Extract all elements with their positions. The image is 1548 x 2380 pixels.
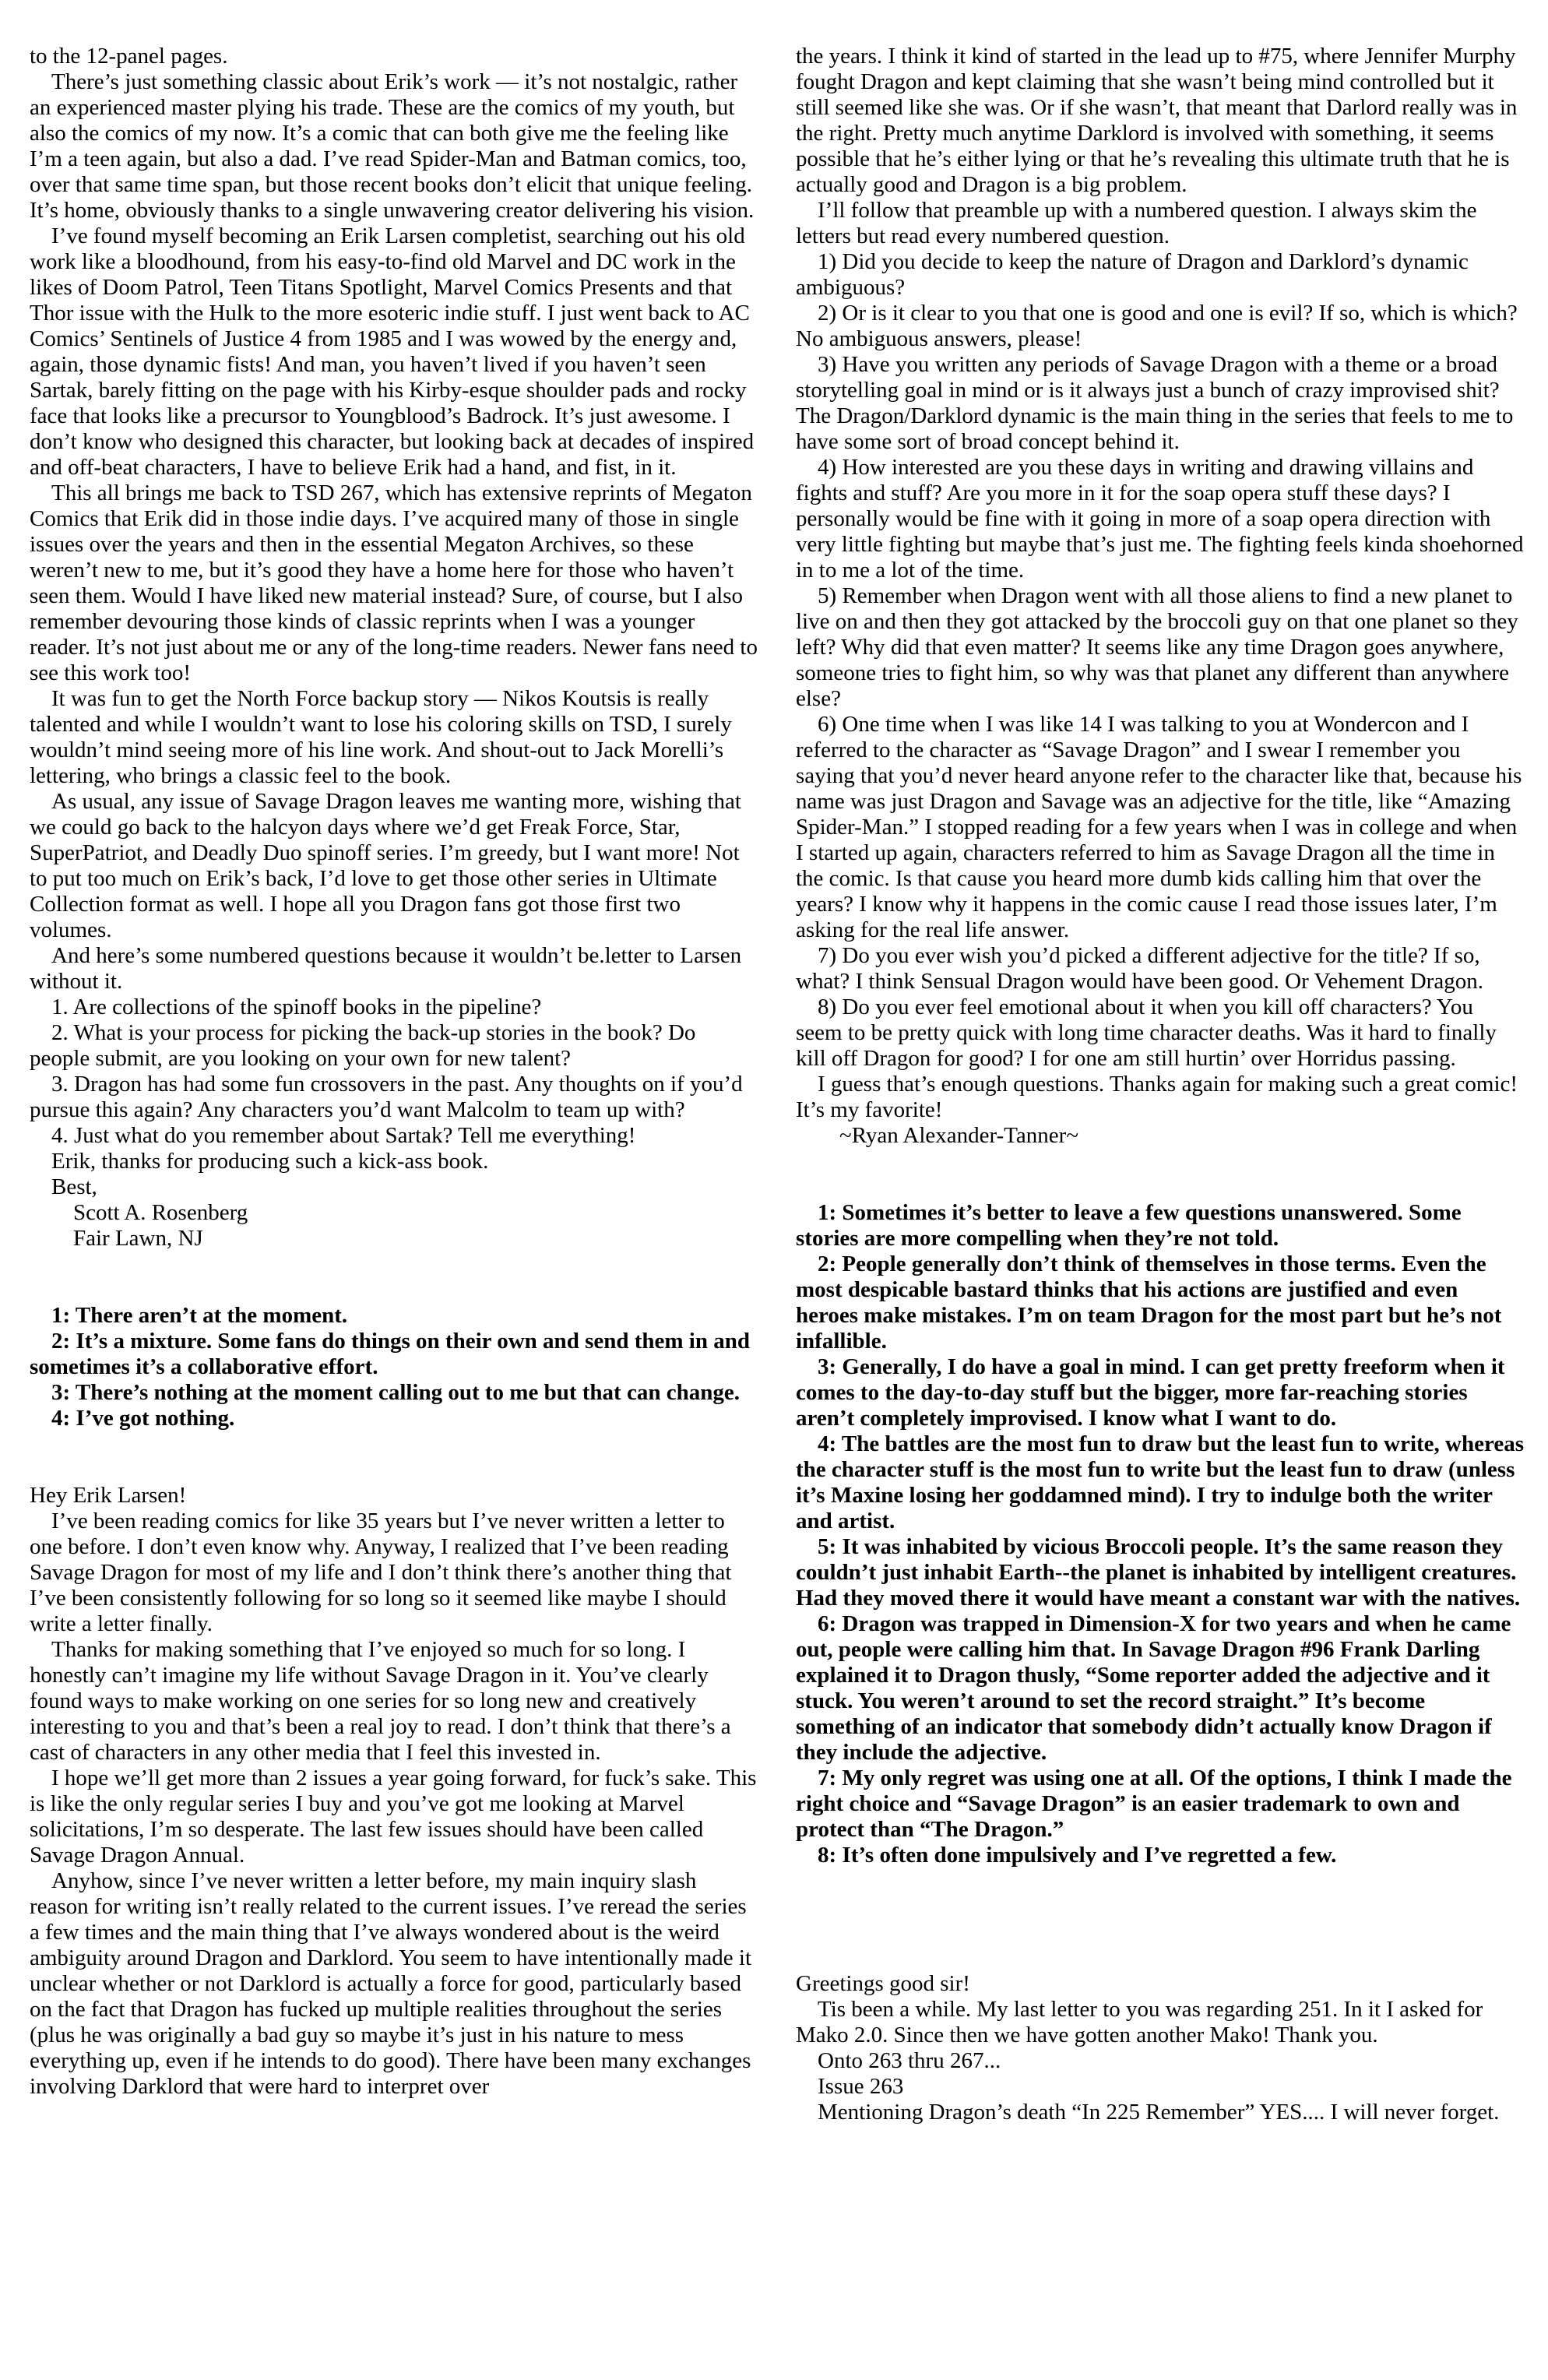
letter-paragraph: I’ve found myself becoming an Erik Larse… <box>30 224 758 481</box>
letter-paragraph: 3. Dragon has had some fun crossovers in… <box>30 1072 758 1123</box>
editor-answer-paragraph: 4: The battles are the most fun to draw … <box>796 1431 1524 1534</box>
letters-right-column: the years. I think it kind of started in… <box>796 44 1524 2349</box>
letter-paragraph: 3) Have you written any periods of Savag… <box>796 352 1524 455</box>
editor-answer-paragraph: 6: Dragon was trapped in Dimension-X for… <box>796 1611 1524 1766</box>
letter-paragraph: I’ve been reading comics for like 35 yea… <box>30 1509 758 1637</box>
letter-paragraph: Issue 263 <box>796 2074 1524 2100</box>
letter-paragraph: 4. Just what do you remember about Sarta… <box>30 1123 758 1149</box>
letter-paragraph: Mentioning Dragon’s death “In 225 Rememb… <box>796 2100 1524 2125</box>
letter-paragraph: 5) Remember when Dragon went with all th… <box>796 583 1524 712</box>
letter-paragraph: 8) Do you ever feel emotional about it w… <box>796 995 1524 1072</box>
letter-paragraph: 1) Did you decide to keep the nature of … <box>796 249 1524 301</box>
letter-paragraph: Best, <box>30 1174 758 1200</box>
editor-answer-paragraph: 2: It’s a mixture. Some fans do things o… <box>30 1329 758 1380</box>
editor-answer-paragraph: 4: I’ve got nothing. <box>30 1406 758 1431</box>
editor-answer-paragraph: 3: There’s nothing at the moment calling… <box>30 1380 758 1406</box>
letter-paragraph: 1. Are collections of the spinoff books … <box>30 995 758 1020</box>
editor-answer-paragraph: 5: It was inhabited by vicious Broccoli … <box>796 1534 1524 1611</box>
letter-paragraph: Scott A. Rosenberg <box>30 1200 758 1226</box>
letter-paragraph: I hope we’ll get more than 2 issues a ye… <box>30 1766 758 1868</box>
letter-paragraph: It was fun to get the North Force backup… <box>30 686 758 789</box>
editor-answer-paragraph: 1: Sometimes it’s better to leave a few … <box>796 1200 1524 1252</box>
letter-paragraph: to the 12-panel pages. <box>30 44 758 69</box>
letter-paragraph: I’ll follow that preamble up with a numb… <box>796 198 1524 249</box>
letter-paragraph: And here’s some numbered questions becau… <box>30 943 758 995</box>
letter-paragraph: As usual, any issue of Savage Dragon lea… <box>30 789 758 943</box>
letter-paragraph: 4) How interested are you these days in … <box>796 455 1524 583</box>
letter-paragraph: 2) Or is it clear to you that one is goo… <box>796 301 1524 352</box>
editor-answer-paragraph: 1: There aren’t at the moment. <box>30 1303 758 1329</box>
editor-answer-paragraph: 7: My only regret was using one at all. … <box>796 1766 1524 1843</box>
letter-paragraph: 7) Do you ever wish you’d picked a diffe… <box>796 943 1524 995</box>
letter-paragraph: I guess that’s enough questions. Thanks … <box>796 1072 1524 1123</box>
letter-paragraph: Erik, thanks for producing such a kick-a… <box>30 1149 758 1174</box>
letter-paragraph: Thanks for making something that I’ve en… <box>30 1637 758 1766</box>
letters-page: to the 12-panel pages.There’s just somet… <box>0 0 1548 2380</box>
letter-paragraph: Onto 263 thru 267... <box>796 2048 1524 2074</box>
letter-paragraph: Fair Lawn, NJ <box>30 1226 758 1252</box>
letter-paragraph: This all brings me back to TSD 267, whic… <box>30 481 758 686</box>
letter-paragraph: 6) One time when I was like 14 I was tal… <box>796 712 1524 943</box>
letter-paragraph: Anyhow, since I’ve never written a lette… <box>30 1868 758 2100</box>
editor-answer-paragraph: 8: It’s often done impulsively and I’ve … <box>796 1843 1524 1868</box>
letter-paragraph: ~Ryan Alexander-Tanner~ <box>796 1123 1524 1149</box>
editor-answer-paragraph: 2: People generally don’t think of thems… <box>796 1252 1524 1354</box>
letter-paragraph: 2. What is your process for picking the … <box>30 1020 758 1072</box>
letter-paragraph: Greetings good sir! <box>796 1971 1524 1997</box>
letter-paragraph: the years. I think it kind of started in… <box>796 44 1524 198</box>
letters-left-column: to the 12-panel pages.There’s just somet… <box>30 44 758 2349</box>
letter-paragraph: Hey Erik Larsen! <box>30 1483 758 1509</box>
letter-paragraph: Tis been a while. My last letter to you … <box>796 1997 1524 2048</box>
letter-paragraph: There’s just something classic about Eri… <box>30 69 758 224</box>
editor-answer-paragraph: 3: Generally, I do have a goal in mind. … <box>796 1354 1524 1431</box>
